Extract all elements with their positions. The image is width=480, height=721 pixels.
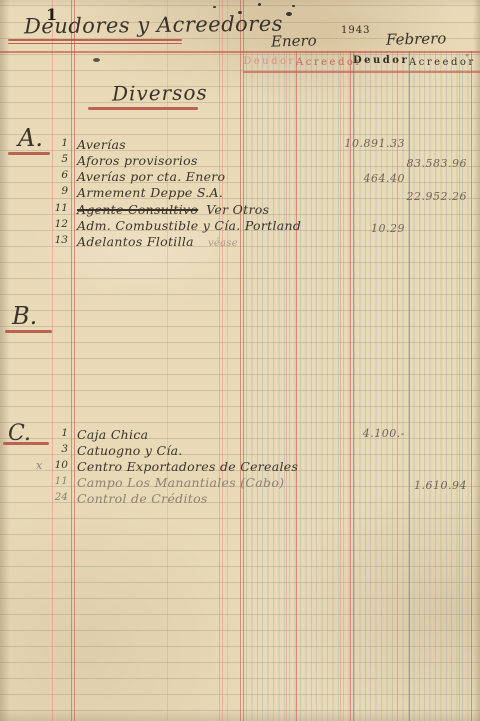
money-area-left-rule [243, 0, 244, 721]
ink-speck [238, 11, 242, 14]
pencil-note: véase [208, 238, 238, 249]
ledger-row: 11 Campo Los Manantiales (Cabo) 1.610.94 [0, 475, 480, 491]
row-name-text: Adelantos Flotilla [77, 234, 194, 249]
title-underline [8, 43, 182, 45]
row-name: Armement Deppe S.A. [77, 185, 223, 200]
row-number: 9 [50, 185, 68, 197]
row-number: 13 [50, 234, 68, 246]
margin-rule [74, 0, 75, 721]
margin-check-mark: x [36, 459, 42, 472]
row-number: 11 [50, 475, 68, 487]
page-title: Deudores y Acreedores [24, 12, 283, 39]
section-b-underline [5, 330, 52, 333]
vertical-rule [219, 0, 220, 721]
header-bottom-rule [243, 71, 480, 73]
row-number: 5 [50, 153, 68, 165]
section-letter-b: B. [12, 302, 37, 330]
group-heading-underline [88, 107, 198, 110]
ledger-row: 11 Agente ConsultivoVer Otros [0, 202, 480, 218]
ink-speck [93, 58, 100, 62]
amount-febrero-deudor: 10.891.33 [345, 137, 405, 150]
ledger-row: 1 Caja Chica 4.100.- [0, 427, 480, 443]
ledger-row: 13 Adelantos Flotillavéase [0, 234, 480, 250]
margin-rule [71, 0, 72, 721]
row-number: 3 [50, 443, 68, 455]
ledger-row: 9 Armement Deppe S.A. 22.952.26 [0, 185, 480, 201]
year-stamp: 1943 [341, 25, 370, 36]
row-name: Caja Chica [77, 427, 148, 442]
row-name: Centro Exportadores de Cereales [77, 459, 298, 474]
amount-febrero-deudor: 4.100.- [363, 427, 405, 440]
ledger-row: 5 Aforos provisorios 83.583.96 [0, 153, 480, 169]
struck-text: Agente Consultivo [77, 202, 198, 217]
ledger-row: 12 Adm. Combustible y Cía. Portland 10.2… [0, 218, 480, 234]
ink-speck [258, 3, 261, 6]
row-number: 12 [50, 218, 68, 230]
row-name: Catuogno y Cía. [77, 443, 183, 458]
column-header-febrero-deudor: Deudor [353, 55, 409, 66]
row-name: Adm. Combustible y Cía. Portland [77, 218, 301, 233]
amount-febrero-deudor: 464.40 [364, 172, 406, 185]
ledger-row: 24 Control de Créditos [0, 491, 480, 507]
row-name: Campo Los Manantiales (Cabo) [77, 475, 284, 490]
ledger-row: 3 Catuogno y Cía. [0, 443, 480, 459]
row-name-suffix: Ver Otros [206, 202, 269, 217]
margin-rule [52, 0, 53, 721]
row-number: 1 [50, 137, 68, 149]
column-header-enero-deudor: Deudor [243, 56, 296, 67]
row-number: 1 [50, 427, 68, 439]
month-header-enero: Enero [271, 31, 317, 50]
row-number: 10 [50, 459, 68, 471]
vertical-rule [222, 0, 223, 721]
title-underline [8, 39, 182, 41]
month-header-febrero: Febrero [386, 29, 447, 49]
column-header-febrero-acreedor: Acreedor [409, 57, 469, 68]
row-name: Agente ConsultivoVer Otros [77, 202, 269, 217]
ink-speck [286, 12, 292, 16]
stray-mark: " [465, 54, 469, 64]
row-name: Averías por cta. Enero [77, 169, 225, 184]
row-number: 11 [50, 202, 68, 214]
row-name: Adelantos Flotillavéase [77, 234, 238, 249]
ink-speck [292, 5, 295, 7]
row-name: Aforos provisorios [77, 153, 198, 168]
row-number: 6 [50, 169, 68, 181]
ink-speck [213, 6, 216, 8]
group-heading: Diversos [112, 80, 208, 105]
ledger-row: 1 Averías 10.891.33 [0, 137, 480, 153]
ledger-row: x 10 Centro Exportadores de Cereales [0, 459, 480, 475]
row-name: Averías [77, 137, 126, 152]
column-header-enero-acreedor: Acreedor [296, 57, 350, 68]
vertical-rule [227, 0, 228, 721]
row-number: 24 [50, 491, 68, 503]
header-top-rule [0, 51, 480, 53]
money-area-left-rule [240, 0, 241, 721]
ledger-row: 6 Averías por cta. Enero 464.40 [0, 169, 480, 185]
ledger-page: 1 Deudores y Acreedores 1943 Enero Febre… [0, 0, 480, 721]
row-name: Control de Créditos [77, 491, 208, 506]
